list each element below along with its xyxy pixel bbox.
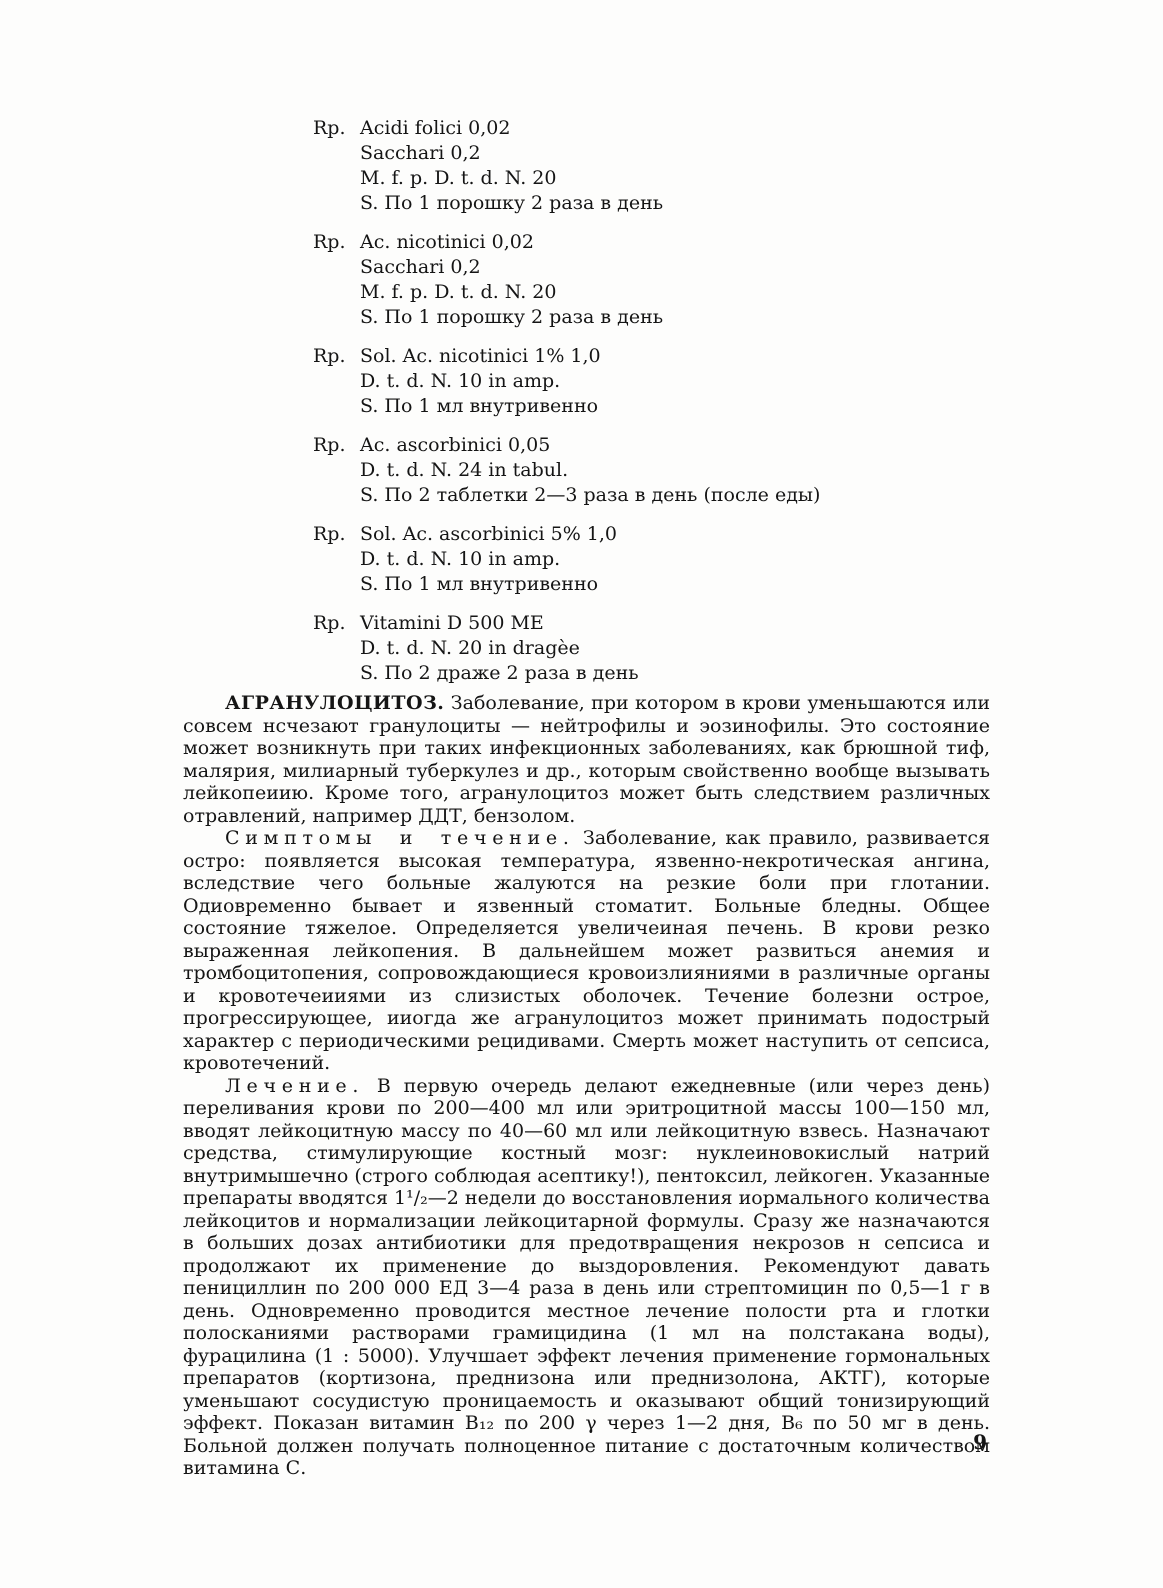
prescription-line: S. По 2 таблетки 2—3 раза в день (после … bbox=[360, 483, 820, 508]
prescription-block-acidi-folici: Rp. Acidi folici 0,02 Sacchari 0,2 M. f.… bbox=[313, 116, 820, 216]
prescription-list: Rp. Acidi folici 0,02 Sacchari 0,2 M. f.… bbox=[313, 116, 820, 700]
prescription-line: M. f. p. D. t. d. N. 20 bbox=[360, 280, 663, 305]
section-treatment-paragraph: Лечение. В первую очередь делают ежеднев… bbox=[183, 1075, 990, 1480]
prescription-line: Ac. ascorbinici 0,05 bbox=[360, 433, 820, 458]
prescription-line: D. t. d. N. 10 in amp. bbox=[360, 547, 617, 572]
prescription-block-ac-nicotinici: Rp. Ac. nicotinici 0,02 Sacchari 0,2 M. … bbox=[313, 230, 820, 330]
prescription-line: Sol. Ac. ascorbinici 5% 1,0 bbox=[360, 522, 617, 547]
rp-label: Rp. bbox=[313, 230, 360, 255]
section-treatment-text: В первую очередь делают ежедневные (или … bbox=[183, 1075, 990, 1480]
section-symptoms-paragraph: Симптомы и течение. Заболевание, как пра… bbox=[183, 827, 990, 1075]
prescription-line: Sacchari 0,2 bbox=[360, 255, 663, 280]
prescription-line: D. t. d. N. 10 in amp. bbox=[360, 369, 601, 394]
article-agranulocytosis: АГРАНУЛОЦИТОЗ. Заболевание, при котором … bbox=[183, 692, 990, 1480]
prescription-line: D. t. d. N. 24 in tabul. bbox=[360, 458, 820, 483]
rp-label: Rp. bbox=[313, 344, 360, 369]
prescription-block-sol-ac-ascorbinici: Rp. Sol. Ac. ascorbinici 5% 1,0 D. t. d.… bbox=[313, 522, 820, 597]
rp-label: Rp. bbox=[313, 116, 360, 141]
prescription-line: Sacchari 0,2 bbox=[360, 141, 663, 166]
section-heading-treatment: Лечение. bbox=[225, 1075, 364, 1097]
prescription-block-ac-ascorbinici: Rp. Ac. ascorbinici 0,05 D. t. d. N. 24 … bbox=[313, 433, 820, 508]
prescription-line: S. По 1 мл внутривенно bbox=[360, 394, 601, 419]
article-title: АГРАНУЛОЦИТОЗ. bbox=[225, 692, 444, 714]
prescription-line: M. f. p. D. t. d. N. 20 bbox=[360, 166, 663, 191]
prescription-line: D. t. d. N. 20 in dragèe bbox=[360, 636, 639, 661]
rp-label: Rp. bbox=[313, 522, 360, 547]
section-symptoms-text: Заболевание, как правило, развивается ос… bbox=[183, 827, 990, 1074]
prescription-line: Sol. Ac. nicotinici 1% 1,0 bbox=[360, 344, 601, 369]
prescription-line: Ac. nicotinici 0,02 bbox=[360, 230, 663, 255]
prescription-line: S. По 1 порошку 2 раза в день bbox=[360, 191, 663, 216]
article-intro-paragraph: АГРАНУЛОЦИТОЗ. Заболевание, при котором … bbox=[183, 692, 990, 827]
page-number: 9 bbox=[973, 1430, 987, 1454]
prescription-line: Acidi folici 0,02 bbox=[360, 116, 663, 141]
prescription-block-vitamini-d: Rp. Vitamini D 500 МЕ D. t. d. N. 20 in … bbox=[313, 611, 820, 686]
document-page: Rp. Acidi folici 0,02 Sacchari 0,2 M. f.… bbox=[0, 0, 1163, 1588]
prescription-block-sol-ac-nicotinici: Rp. Sol. Ac. nicotinici 1% 1,0 D. t. d. … bbox=[313, 344, 820, 419]
prescription-line: S. По 1 порошку 2 раза в день bbox=[360, 305, 663, 330]
prescription-line: S. По 2 драже 2 раза в день bbox=[360, 661, 639, 686]
rp-label: Rp. bbox=[313, 433, 360, 458]
prescription-line: Vitamini D 500 МЕ bbox=[360, 611, 639, 636]
rp-label: Rp. bbox=[313, 611, 360, 636]
prescription-line: S. По 1 мл внутривенно bbox=[360, 572, 617, 597]
section-heading-symptoms: Симптомы и течение. bbox=[225, 827, 575, 849]
